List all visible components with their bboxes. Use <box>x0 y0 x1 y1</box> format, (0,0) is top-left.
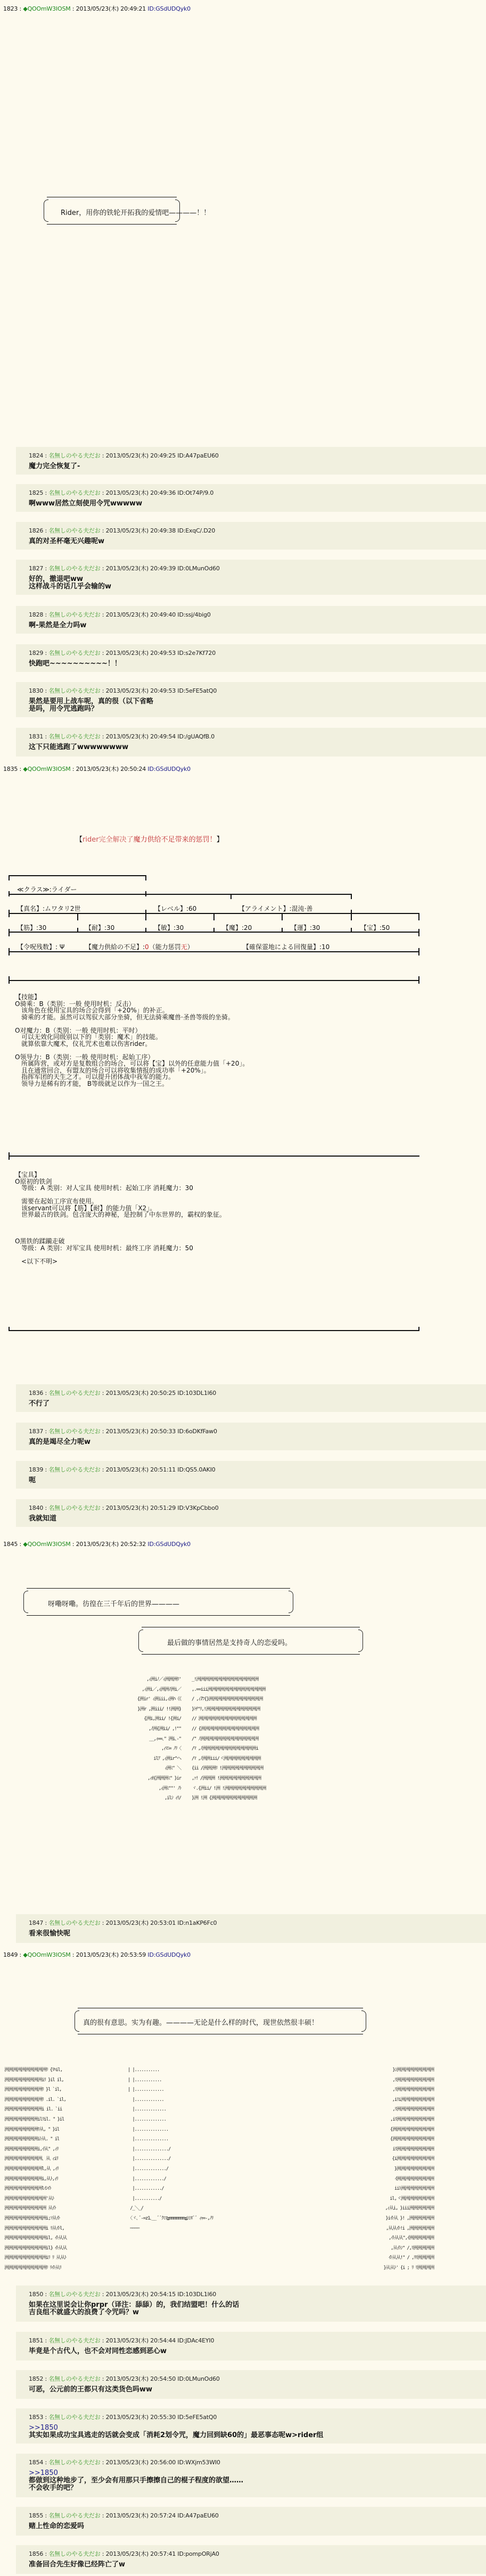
reply-post-1847: 1847 : 名無しのやる夫だお : 2013/05/23(木) 20:53:0… <box>16 1914 486 1943</box>
speech-bubble: 真的很有意思。实为有趣。————无论是什么样的时代，现世依然很丰硕！ <box>78 2008 363 2034</box>
tripcode: ◆QOOmW3IOSM <box>23 5 70 12</box>
post-datetime: 2013/05/23(木) 20:49:21 <box>76 5 146 12</box>
reply-post-1854: 1854 : 名無しのやる夫だお : 2013/05/23(木) 20:56:0… <box>16 2454 486 2497</box>
reply-body: >>1850其实如果成功宝具逃走的话就会变成「消耗2划令咒，魔力回到缺60的」最… <box>29 2424 486 2439</box>
reply-body: 不行了 <box>29 1400 486 1408</box>
speech-bubble: 呀嘞呀嘞。彷徨在三千年后的世界———— <box>27 1588 290 1616</box>
reply-body: 可恶，公元前的王都只有这类货色吗ww <box>29 2386 486 2394</box>
reply-body: 果然是要用上战车呢，真的很（以下省略 是吗，用令咒逃跑吗？ <box>29 698 486 713</box>
tripcode: ◆QOOmW3IOSM <box>23 1541 70 1548</box>
reply-post-1825: 1825 : 名無しのやる夫だお : 2013/05/23(木) 20:49:3… <box>16 484 486 512</box>
bubble-text: Rider，用你的铁轮开拓我的爱情吧————！！ <box>61 209 210 217</box>
ascii-art-crowd-right: }ｼ洲洲洲洲洲洲洲洲洲 ,ﾘ洲洲洲洲洲洲洲洲洲 ,ﾘ洲洲洲洲洲洲洲洲洲 ,iﾘi… <box>298 2065 434 2273</box>
bubble-text: 呀嘞呀嘞。彷徨在三千年后的世界———— <box>48 1600 179 1608</box>
reply-body: 准备回合先生好像已经阵亡了w <box>29 2561 486 2569</box>
reply-post-1853: 1853 : 名無しのやる夫だお : 2013/05/23(木) 20:55:3… <box>16 2408 486 2444</box>
ascii-art-crowd-left: 洲洲洲洲洲洲洲洲洲洲ﾘ {ﾘﾊil, 洲洲洲洲洲洲洲洲洲iﾘ }il il, 洲… <box>4 2065 67 2273</box>
reply-header: 1830 : 名無しのやる夫だお : 2013/05/23(木) 20:49:5… <box>29 686 486 695</box>
reply-header: 1852 : 名無しのやる夫だお : 2013/05/23(木) 20:54:5… <box>29 2374 486 2383</box>
reply-header: 1837 : 名無しのやる夫だお : 2013/05/23(木) 20:50:3… <box>29 1427 486 1435</box>
reply-body: 我就知道 <box>29 1515 486 1523</box>
reply-body: 毕竟是个古代人，也不会对同性恋感到恶心w <box>29 2348 486 2355</box>
stat-mag: 【魔】:20 <box>223 923 252 932</box>
reply-header: 1836 : 名無しのやる夫だお : 2013/05/23(木) 20:50:2… <box>29 1389 486 1397</box>
post-number: 1835 <box>3 766 18 772</box>
post-header-1849: 1849 : ◆QOOmW3IOSM : 2013/05/23(木) 20:53… <box>3 1950 191 1959</box>
command-spells-field: 【令呪残数】: Ψ <box>17 942 64 951</box>
reply-body: 真的是竭尽全力呢w <box>29 1439 486 1446</box>
true-name-field: 【真名】:ムワタリ2世 <box>17 904 81 913</box>
stat-str: 【筋】:30 <box>17 923 46 932</box>
level-field: 【レベル】:60 <box>154 904 196 913</box>
stat-agi: 【敏】:30 <box>154 923 184 932</box>
speech-bubble: Rider，用你的铁轮开拓我的爱情吧————！！ <box>47 197 177 225</box>
poster-id: ID:GSdUDQyk0 <box>147 1951 191 1958</box>
reply-header: 1856 : 名無しのやる夫だお : 2013/05/23(木) 20:57:4… <box>29 2549 486 2558</box>
reply-post-1840: 1840 : 名無しのやる夫だお : 2013/05/23(木) 20:51:2… <box>16 1499 486 1527</box>
reply-header: 1854 : 名無しのやる夫だお : 2013/05/23(木) 20:56:0… <box>29 2458 486 2466</box>
post-number: 1849 <box>3 1951 18 1958</box>
reply-post-1828: 1828 : 名無しのやる夫だお : 2013/05/23(木) 20:49:4… <box>16 606 486 634</box>
reply-body: 赌上性命的恋爱吗 <box>29 2523 486 2530</box>
reply-post-1831: 1831 : 名無しのやる夫だお : 2013/05/23(木) 20:49:5… <box>16 728 486 757</box>
reply-post-1830: 1830 : 名無しのやる夫だお : 2013/05/23(木) 20:49:5… <box>16 682 486 717</box>
reply-post-1851: 1851 : 名無しのやる夫だお : 2013/05/23(木) 20:54:4… <box>16 2332 486 2361</box>
reply-header: 1829 : 名無しのやる夫だお : 2013/05/23(木) 20:49:5… <box>29 649 486 657</box>
reply-body: 如果在这里说会让你prpr（译注：舔舔）的，我们结盟吧！什么的话 吉良组不就盛大… <box>29 2301 486 2316</box>
class-field: ≪クラス≫:ライダー <box>17 885 77 894</box>
mana-shortage-field: 【魔力供給の不足】:0（能力惩罚无） <box>85 942 194 951</box>
stat-np: 【宝】:50 <box>360 923 390 932</box>
reply-post-1850: 1850 : 名無しのやる夫だお : 2013/05/23(木) 20:54:1… <box>16 2286 486 2322</box>
reply-post-1837: 1837 : 名無しのやる夫だお : 2013/05/23(木) 20:50:3… <box>16 1423 486 1450</box>
reply-header: 1831 : 名無しのやる夫だお : 2013/05/23(木) 20:49:5… <box>29 732 486 741</box>
reply-post-1839: 1839 : 名無しのやる夫だお : 2013/05/23(木) 20:51:1… <box>16 1461 486 1489</box>
reply-header: 1851 : 名無しのやる夫だお : 2013/05/23(木) 20:54:4… <box>29 2336 486 2345</box>
reply-body: 魔力完全恢复了- <box>29 463 486 470</box>
reply-body: 看来很愉快呢 <box>29 1930 486 1938</box>
reply-body: 啊www居然立刻使用令咒wwwww <box>29 500 486 508</box>
post-datetime: 2013/05/23(木) 20:53:59 <box>76 1951 146 1958</box>
post-number: 1845 <box>3 1541 18 1548</box>
reply-body: 这下只能逃跑了wwwwwwww <box>29 744 486 751</box>
alignment-field: 【アライメント】:混沌·善 <box>238 904 312 913</box>
reply-body: 快跑吧~~~~~~~~~~！！ <box>29 660 486 668</box>
stat-luk: 【運】:30 <box>291 923 320 932</box>
reply-body: 真的对圣杯毫无兴趣呢w <box>29 538 486 545</box>
reply-post-1836: 1836 : 名無しのやる夫だお : 2013/05/23(木) 20:50:2… <box>16 1384 486 1412</box>
poster-id: ID:GSdUDQyk0 <box>147 5 191 12</box>
skills-section: 【技能】 O骑乘：B（类别：一般 使用时机：反击） 该角色在使用宝具的场合会得到… <box>15 994 249 1087</box>
reply-header: 1855 : 名無しのやる夫だお : 2013/05/23(木) 20:57:2… <box>29 2511 486 2520</box>
reply-post-1824: 1824 : 名無しのやる夫だお : 2013/05/23(木) 20:49:2… <box>16 447 486 475</box>
reply-post-1852: 1852 : 名無しのやる夫だお : 2013/05/23(木) 20:54:5… <box>16 2370 486 2399</box>
tripcode: ◆QOOmW3IOSM <box>23 766 70 772</box>
post-header-1823: 1823 : ◆QOOmW3IOSM : 2013/05/23(木) 20:49… <box>3 4 191 13</box>
post-datetime: 2013/05/23(木) 20:52:32 <box>76 1541 146 1548</box>
poster-id: ID:GSdUDQyk0 <box>147 766 191 772</box>
reply-post-1826: 1826 : 名無しのやる夫だお : 2013/05/23(木) 20:49:3… <box>16 522 486 550</box>
reply-header: 1840 : 名無しのやる夫だお : 2013/05/23(木) 20:51:2… <box>29 1503 486 1512</box>
post-datetime: 2013/05/23(木) 20:50:24 <box>76 766 146 772</box>
poster-id: ID:GSdUDQyk0 <box>147 1541 191 1548</box>
reply-body: >>1850都做到这种地步了，至少会有用那只手擦擦自己的棍子程度的欲望…… 不会… <box>29 2470 486 2492</box>
penalty-notice: 【rider完全解决了魔力供给不足带来的惩罚！】 <box>76 834 224 844</box>
reply-body: 呃 <box>29 1477 486 1484</box>
reply-header: 1847 : 名無しのやる夫だお : 2013/05/23(木) 20:53:0… <box>29 1918 486 1927</box>
bubble-text: 真的很有意思。实为有趣。————无论是什么样的时代，现世依然很丰硕！ <box>83 2019 318 2027</box>
noble-phantasm-section: 【宝具】 O原初的铁剑 等级：A 类别：对人宝具 使用时机：起始工序 消耗魔力：… <box>15 1171 226 1265</box>
reply-header: 1825 : 名無しのやる夫だお : 2013/05/23(木) 20:49:3… <box>29 488 486 497</box>
ascii-art-glass-center: | |........... | |............ | |......… <box>128 2065 213 2233</box>
stat-end: 【耐】:30 <box>85 923 114 932</box>
post-number: 1823 <box>3 5 18 12</box>
reply-post-1855: 1855 : 名無しのやる夫だお : 2013/05/23(木) 20:57:2… <box>16 2507 486 2536</box>
reply-header: 1839 : 名無しのやる夫だお : 2013/05/23(木) 20:51:1… <box>29 1465 486 1474</box>
recovery-field: 【確保霊地による回復量】:10 <box>243 942 330 951</box>
reply-body: 啊-果然是全力吗w <box>29 622 486 629</box>
reply-anchor-link[interactable]: >>1850 <box>29 2470 486 2477</box>
bubble-text: 最后做的事情居然是支持奇人的恋爱吗。 <box>167 1639 292 1647</box>
reply-header: 1850 : 名無しのやる夫だお : 2013/05/23(木) 20:54:1… <box>29 2290 486 2298</box>
speech-bubble: 最后做的事情居然是支持奇人的恋爱吗。 <box>142 1627 360 1655</box>
reply-post-1856: 1856 : 名無しのやる夫だお : 2013/05/23(木) 20:57:4… <box>16 2545 486 2574</box>
reply-post-1829: 1829 : 名無しのやる夫だお : 2013/05/23(木) 20:49:5… <box>16 644 486 672</box>
post-header-1845: 1845 : ◆QOOmW3IOSM : 2013/05/23(木) 20:52… <box>3 1540 191 1548</box>
reply-header: 1824 : 名無しのやる夫だお : 2013/05/23(木) 20:49:2… <box>29 451 486 460</box>
tripcode: ◆QOOmW3IOSM <box>23 1951 70 1958</box>
reply-header: 1853 : 名無しのやる夫だお : 2013/05/23(木) 20:55:3… <box>29 2413 486 2421</box>
post-header-1835: 1835 : ◆QOOmW3IOSM : 2013/05/23(木) 20:50… <box>3 765 191 773</box>
reply-post-1827: 1827 : 名無しのやる夫だお : 2013/05/23(木) 20:49:3… <box>16 560 486 595</box>
reply-header: 1826 : 名無しのやる夫だお : 2013/05/23(木) 20:49:3… <box>29 526 486 535</box>
reply-header: 1828 : 名無しのやる夫だお : 2013/05/23(木) 20:49:4… <box>29 610 486 619</box>
reply-body: 好的，撤退吧ww 这样战斗的话几乎会输的w <box>29 576 486 591</box>
ascii-art-figure-right: _!洲洲洲洲洲洲洲洲洲洲洲洲洲洲洲 ,.==iii洲洲洲洲洲洲洲洲洲洲洲洲洲洲 … <box>192 1675 266 1804</box>
ascii-art-figure-left: ,ｨ洲iﾉ／ｨ洲洲洲ﾘ' ,ｨ洲i／,ｨ洲洲ﾉ洲i／ {洲ir' ｨ洲iii,ｨ… <box>32 1675 181 1804</box>
reply-anchor-link[interactable]: >>1850 <box>29 2424 486 2432</box>
reply-header: 1827 : 名無しのやる夫だお : 2013/05/23(木) 20:49:3… <box>29 564 486 572</box>
